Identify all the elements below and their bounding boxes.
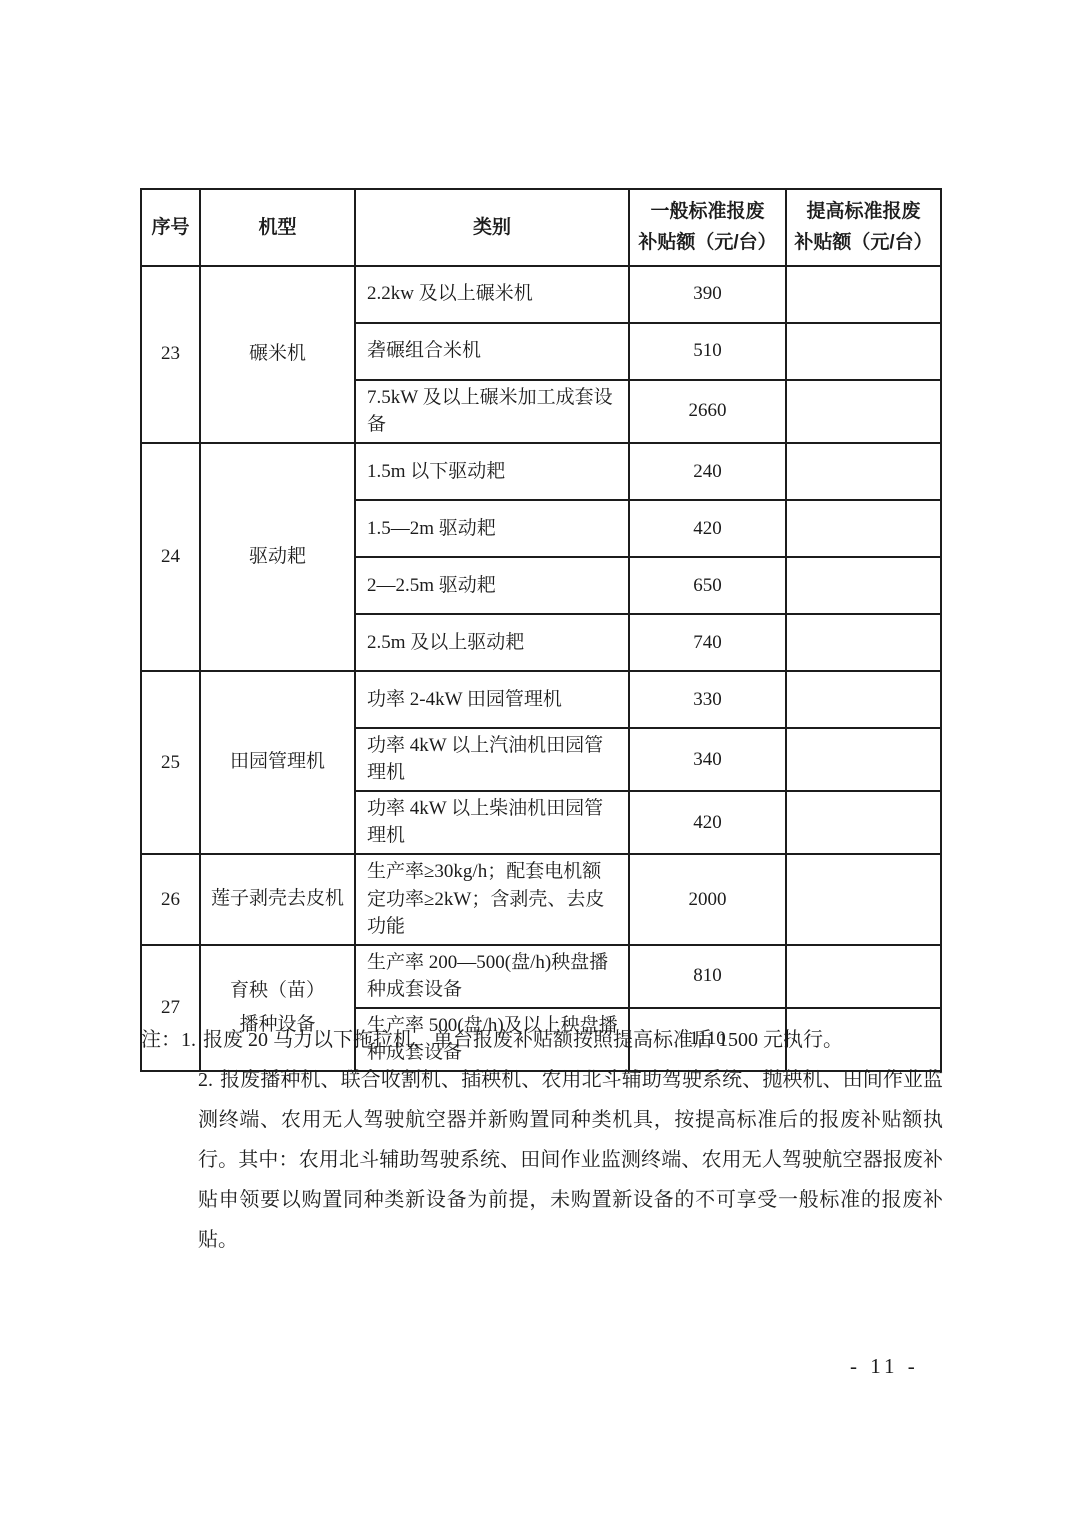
header-index: 序号: [141, 189, 200, 266]
general-subsidy-cell: 810: [629, 945, 786, 1008]
improved-subsidy-cell: [786, 728, 941, 791]
header-improved-subsidy-line2: 补贴额（元/台）: [789, 227, 938, 258]
category-cell: 生产率≥30kg/h；配套电机额定功率≥2kW；含剥壳、去皮功能: [355, 854, 629, 945]
machine-type-line: 田园管理机: [207, 745, 348, 779]
improved-subsidy-cell: [786, 500, 941, 557]
header-general-subsidy-line1: 一般标准报废: [632, 196, 783, 227]
category-cell: 1.5—2m 驱动耙: [355, 500, 629, 557]
general-subsidy-cell: 2660: [629, 380, 786, 443]
note-2-marker: 2.: [198, 1069, 213, 1091]
note-2-text: 报废播种机、联合收割机、插秧机、农用北斗辅助驾驶系统、抛秧机、田间作业监测终端、…: [198, 1069, 943, 1251]
machine-type-cell: 碾米机: [200, 266, 355, 443]
improved-subsidy-cell: [786, 266, 941, 323]
machine-type-line: 育秧（苗）: [207, 974, 348, 1008]
improved-subsidy-cell: [786, 671, 941, 728]
note-1-marker: 1.: [181, 1029, 196, 1051]
table-row: 23碾米机2.2kw 及以上碾米机390: [141, 266, 941, 323]
header-improved-subsidy-line1: 提高标准报废: [789, 196, 938, 227]
general-subsidy-cell: 340: [629, 728, 786, 791]
table-row: 24驱动耙1.5m 以下驱动耙240: [141, 443, 941, 500]
general-subsidy-cell: 390: [629, 266, 786, 323]
machine-type-cell: 田园管理机: [200, 671, 355, 854]
machine-type-line: 碾米机: [207, 337, 348, 371]
notes-section: 注：1.报废 20 马力以下拖拉机，单台报废补贴额按照提高标准后 1500 元执…: [141, 1020, 943, 1260]
note-1: 注：1.报废 20 马力以下拖拉机，单台报废补贴额按照提高标准后 1500 元执…: [141, 1020, 943, 1060]
row-index-cell: 24: [141, 443, 200, 671]
general-subsidy-cell: 650: [629, 557, 786, 614]
category-cell: 生产率 200—500(盘/h)秧盘播种成套设备: [355, 945, 629, 1008]
header-general-subsidy-line2: 补贴额（元/台）: [632, 227, 783, 258]
general-subsidy-cell: 740: [629, 614, 786, 671]
header-category: 类别: [355, 189, 629, 266]
machine-type-line: 驱动耙: [207, 540, 348, 574]
improved-subsidy-cell: [786, 945, 941, 1008]
header-row: 序号 机型 类别 一般标准报废 补贴额（元/台） 提高标准报废 补贴额（元/台）: [141, 189, 941, 266]
notes-label: 注：: [141, 1029, 181, 1051]
general-subsidy-cell: 510: [629, 323, 786, 380]
improved-subsidy-cell: [786, 791, 941, 854]
table-row: 27育秧（苗）播种设备生产率 200—500(盘/h)秧盘播种成套设备810: [141, 945, 941, 1008]
improved-subsidy-cell: [786, 380, 941, 443]
general-subsidy-cell: 330: [629, 671, 786, 728]
note-2: 2.报废播种机、联合收割机、插秧机、农用北斗辅助驾驶系统、抛秧机、田间作业监测终…: [198, 1060, 943, 1260]
table-row: 25田园管理机功率 2-4kW 田园管理机330: [141, 671, 941, 728]
category-cell: 7.5kW 及以上碾米加工成套设备: [355, 380, 629, 443]
general-subsidy-cell: 240: [629, 443, 786, 500]
header-improved-subsidy: 提高标准报废 补贴额（元/台）: [786, 189, 941, 266]
machine-type-line: 莲子剥壳去皮机: [207, 882, 348, 916]
category-cell: 2.5m 及以上驱动耙: [355, 614, 629, 671]
subsidy-table-header: 序号 机型 类别 一般标准报废 补贴额（元/台） 提高标准报废 补贴额（元/台）: [141, 189, 941, 266]
improved-subsidy-cell: [786, 557, 941, 614]
category-cell: 2.2kw 及以上碾米机: [355, 266, 629, 323]
improved-subsidy-cell: [786, 323, 941, 380]
row-index-cell: 23: [141, 266, 200, 443]
category-cell: 砻碾组合米机: [355, 323, 629, 380]
subsidy-table-body: 23碾米机2.2kw 及以上碾米机390砻碾组合米机5107.5kW 及以上碾米…: [141, 266, 941, 1071]
improved-subsidy-cell: [786, 443, 941, 500]
category-cell: 1.5m 以下驱动耙: [355, 443, 629, 500]
improved-subsidy-cell: [786, 854, 941, 945]
note-1-text: 报废 20 马力以下拖拉机，单台报废补贴额按照提高标准后 1500 元执行。: [203, 1029, 843, 1051]
page-number: - 11 -: [850, 1354, 919, 1379]
general-subsidy-cell: 420: [629, 791, 786, 854]
machine-type-cell: 莲子剥壳去皮机: [200, 854, 355, 945]
general-subsidy-cell: 420: [629, 500, 786, 557]
header-general-subsidy: 一般标准报废 补贴额（元/台）: [629, 189, 786, 266]
row-index-cell: 25: [141, 671, 200, 854]
subsidy-table: 序号 机型 类别 一般标准报废 补贴额（元/台） 提高标准报废 补贴额（元/台）…: [140, 188, 942, 1072]
header-machine-type: 机型: [200, 189, 355, 266]
category-cell: 2—2.5m 驱动耙: [355, 557, 629, 614]
improved-subsidy-cell: [786, 614, 941, 671]
machine-type-cell: 驱动耙: [200, 443, 355, 671]
table-row: 26莲子剥壳去皮机生产率≥30kg/h；配套电机额定功率≥2kW；含剥壳、去皮功…: [141, 854, 941, 945]
general-subsidy-cell: 2000: [629, 854, 786, 945]
category-cell: 功率 4kW 以上柴油机田园管理机: [355, 791, 629, 854]
category-cell: 功率 4kW 以上汽油机田园管理机: [355, 728, 629, 791]
category-cell: 功率 2-4kW 田园管理机: [355, 671, 629, 728]
row-index-cell: 26: [141, 854, 200, 945]
